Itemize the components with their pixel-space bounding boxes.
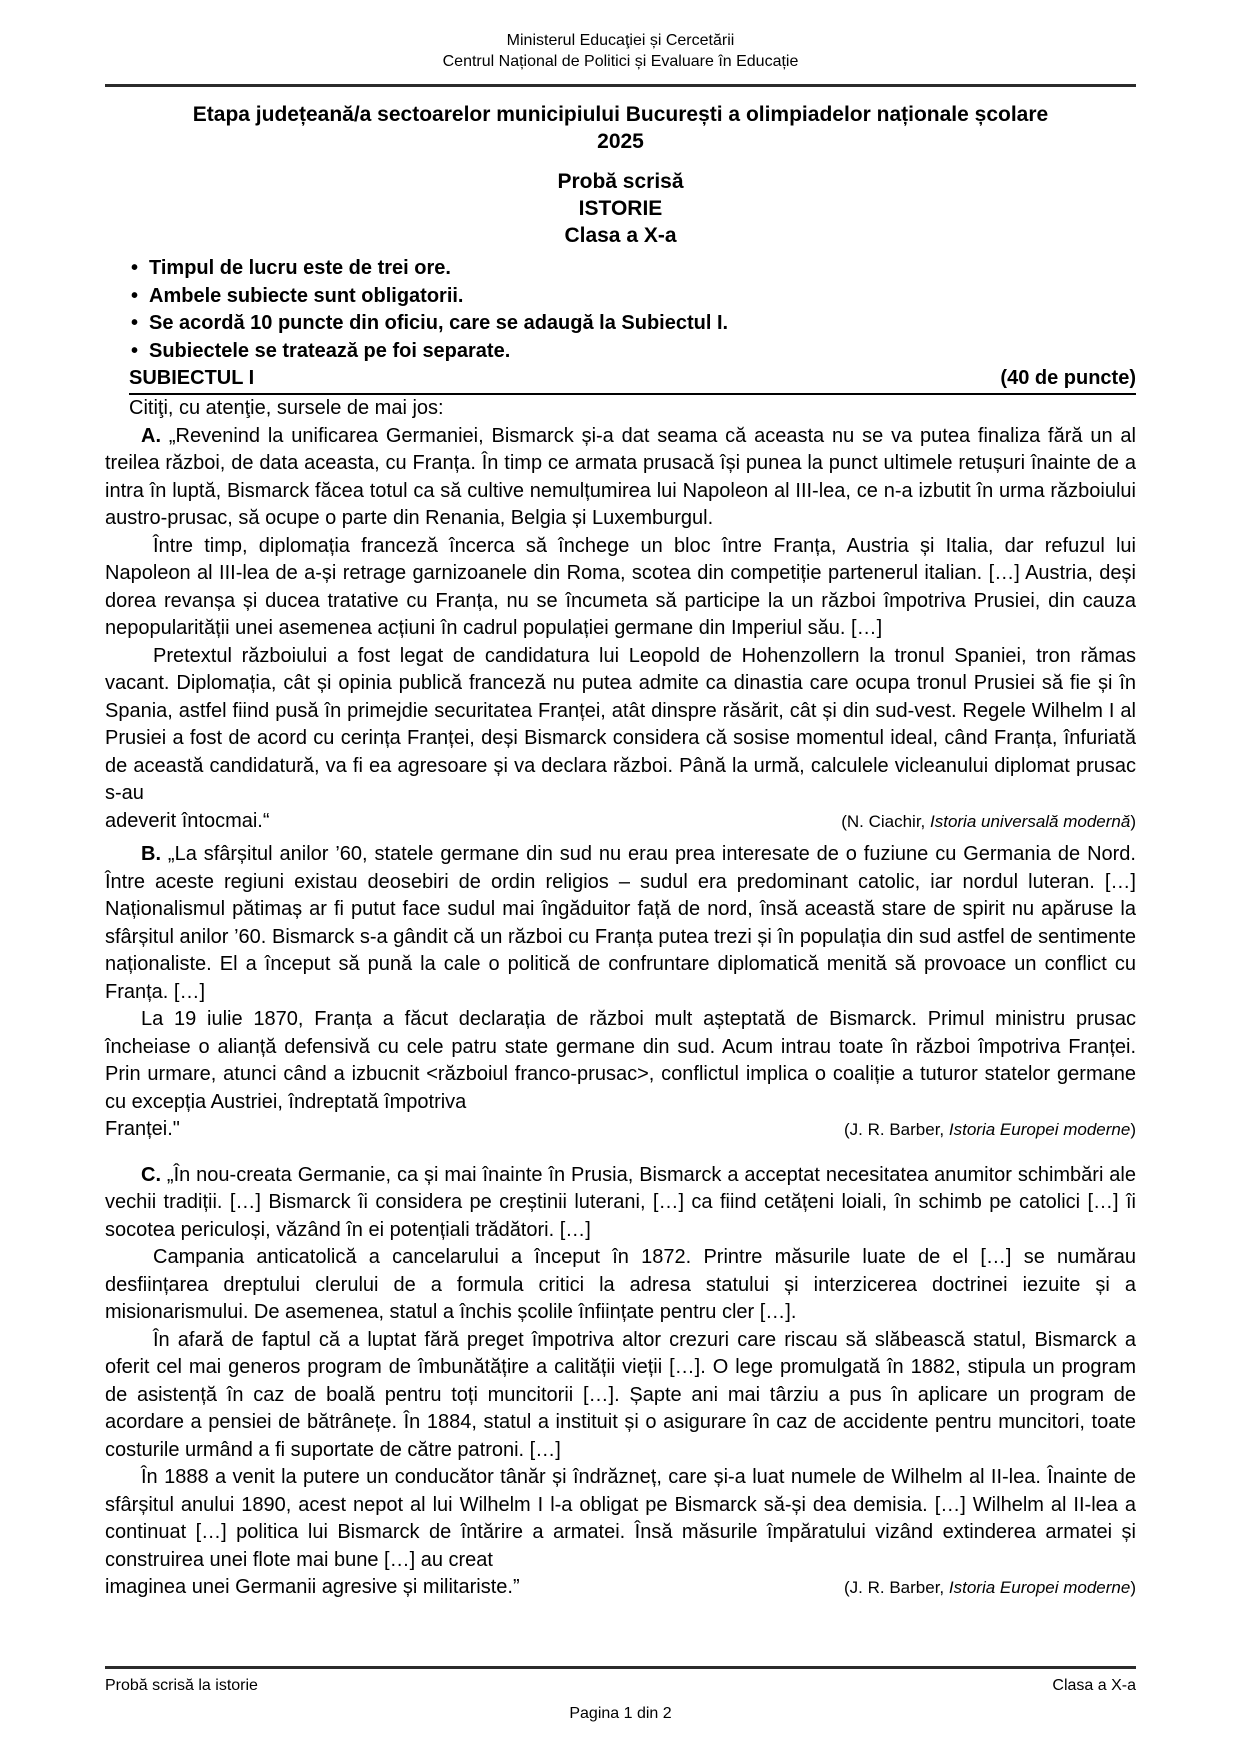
source-c-paragraph: În afară de faptul că a luptat fără preg…	[105, 1327, 1136, 1465]
instruction-text: Timpul de lucru este de trei ore.	[149, 255, 451, 283]
instruction-item: Se acordă 10 puncte din oficiu, care se …	[105, 310, 1136, 338]
source-a-paragraph: A. „Revenind la unificarea Germaniei, Bi…	[105, 423, 1136, 533]
bullet-icon	[131, 338, 149, 366]
exam-grade: Clasa a X-a	[105, 222, 1136, 249]
bullet-icon	[131, 310, 149, 338]
source-b-closing-text: Franței."	[105, 1116, 180, 1144]
source-a-letter: A.	[141, 425, 161, 447]
source-b: B. „La sfârșitul anilor ’60, statele ger…	[105, 841, 1136, 1144]
source-c: C. „În nou-creata Germanie, ca și mai în…	[105, 1162, 1136, 1602]
exam-page: Ministerul Educaţiei și Cercetării Centr…	[0, 0, 1241, 1755]
source-c-paragraph: Campania anticatolică a cancelarului a î…	[105, 1244, 1136, 1327]
exam-heading: Probă scrisă ISTORIE Clasa a X-a	[105, 168, 1136, 249]
source-c-citation-work: Istoria Europei moderne	[949, 1578, 1130, 1597]
subject1-points: (40 de puncte)	[1000, 365, 1136, 392]
source-c-text: „În nou-creata Germanie, ca și mai înain…	[105, 1164, 1136, 1241]
source-b-paragraph: La 19 iulie 1870, Franța a făcut declara…	[105, 1006, 1136, 1116]
source-a-text: „Revenind la unificarea Germaniei, Bisma…	[105, 425, 1136, 530]
instruction-text: Subiectele se tratează pe foi separate.	[149, 338, 510, 366]
subject1-header: SUBIECTUL I (40 de puncte)	[129, 365, 1136, 395]
subject1-intro: Citiţi, cu atenţie, sursele de mai jos:	[105, 395, 1136, 423]
source-b-closing-line: Franței." (J. R. Barber, Istoria Europei…	[105, 1116, 1136, 1144]
org-line-ministry: Ministerul Educaţiei și Cercetării	[105, 30, 1136, 51]
source-a-closing-text: adeverit întocmai.“	[105, 808, 270, 836]
page-footer: Probă scrisă la istorie Clasa a X-a Pagi…	[105, 1666, 1136, 1724]
source-b-citation-work: Istoria Europei moderne	[949, 1120, 1130, 1139]
instructions-list: Timpul de lucru este de trei ore. Ambele…	[105, 255, 1136, 365]
footer-exam-label: Probă scrisă la istorie	[105, 1675, 258, 1696]
header-org: Ministerul Educaţiei și Cercetării Centr…	[105, 30, 1136, 87]
org-line-center: Centrul Național de Politici și Evaluare…	[105, 51, 1136, 72]
instruction-item: Subiectele se tratează pe foi separate.	[105, 338, 1136, 366]
subject1-label: SUBIECTUL I	[129, 365, 254, 392]
title-year: 2025	[105, 128, 1136, 155]
exam-subject: ISTORIE	[105, 195, 1136, 222]
instruction-text: Ambele subiecte sunt obligatorii.	[149, 283, 464, 311]
source-b-letter: B.	[141, 843, 161, 865]
source-c-letter: C.	[141, 1164, 161, 1186]
source-a-paragraph: Pretextul războiului a fost legat de can…	[105, 643, 1136, 808]
footer-grade-label: Clasa a X-a	[1052, 1675, 1136, 1696]
source-a: A. „Revenind la unificarea Germaniei, Bi…	[105, 423, 1136, 836]
source-c-closing-text: imaginea unei Germanii agresive și milit…	[105, 1574, 520, 1602]
bullet-icon	[131, 255, 149, 283]
instruction-item: Timpul de lucru este de trei ore.	[105, 255, 1136, 283]
source-c-closing-line: imaginea unei Germanii agresive și milit…	[105, 1574, 1136, 1602]
bullet-icon	[131, 283, 149, 311]
source-b-citation: (J. R. Barber, Istoria Europei moderne)	[844, 1116, 1136, 1144]
source-b-paragraph: B. „La sfârșitul anilor ’60, statele ger…	[105, 841, 1136, 1006]
source-b-text: „La sfârșitul anilor ’60, statele german…	[105, 843, 1136, 1003]
source-a-closing-line: adeverit întocmai.“ (N. Ciachir, Istoria…	[105, 808, 1136, 836]
source-c-paragraph: C. „În nou-creata Germanie, ca și mai în…	[105, 1162, 1136, 1245]
source-a-citation: (N. Ciachir, Istoria universală modernă)	[841, 808, 1136, 836]
source-c-citation: (J. R. Barber, Istoria Europei moderne)	[844, 1574, 1136, 1602]
page-title: Etapa județeană/a sectoarelor municipiul…	[105, 101, 1136, 155]
instruction-text: Se acordă 10 puncte din oficiu, care se …	[149, 310, 728, 338]
instruction-item: Ambele subiecte sunt obligatorii.	[105, 283, 1136, 311]
title-line: Etapa județeană/a sectoarelor municipiul…	[105, 101, 1136, 128]
exam-type: Probă scrisă	[105, 168, 1136, 195]
source-a-citation-work: Istoria universală modernă	[930, 812, 1130, 831]
source-c-paragraph: În 1888 a venit la putere un conducător …	[105, 1464, 1136, 1574]
source-a-paragraph: Între timp, diplomația franceză încerca …	[105, 533, 1136, 643]
footer-page-number: Pagina 1 din 2	[105, 1703, 1136, 1724]
